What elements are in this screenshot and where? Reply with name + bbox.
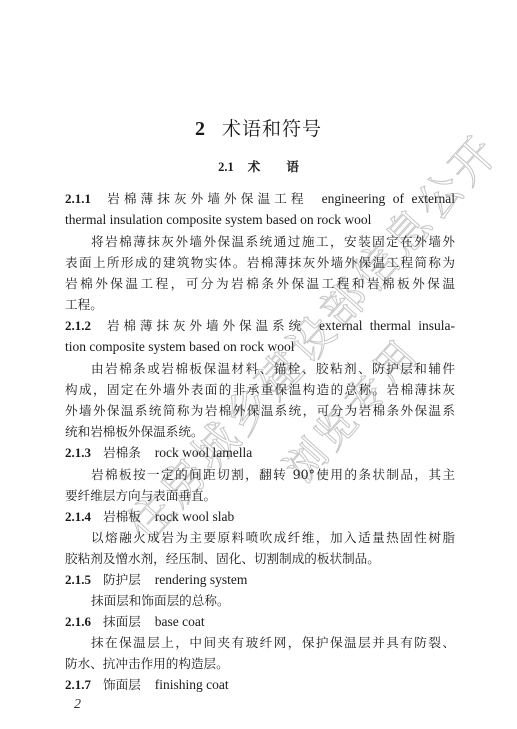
definition-line: 表面上所形成的建筑物实体。岩棉薄抹灰外墙外保温工程简称为 xyxy=(65,252,455,273)
chapter-title: 2术语和符号 xyxy=(0,114,517,141)
section-title-part1: 术 xyxy=(248,159,261,174)
term-english: engineering of external xyxy=(322,191,455,206)
section-number: 2.1 xyxy=(218,160,234,174)
term-english: thermal insulation composite system base… xyxy=(65,212,371,227)
term-number: 2.1.7 xyxy=(65,677,91,692)
term-chinese: 防护层 xyxy=(103,572,141,587)
term-chinese: 饰面层 xyxy=(103,677,141,692)
term-chinese: 岩棉薄抹灰外墙外保温系统 xyxy=(103,318,305,333)
term-english: base coat xyxy=(155,614,205,629)
term-number: 2.1.1 xyxy=(65,191,91,206)
term-chinese: 岩棉条 xyxy=(103,445,141,460)
term-heading-2-1-7: 2.1.7饰面层finishing coat xyxy=(65,674,455,695)
definition-line: 防水、抗冲击作用的构造层。 xyxy=(65,653,455,674)
term-heading-2-1-6: 2.1.6抹面层base coat xyxy=(65,611,455,632)
chapter-title-text: 术语和符号 xyxy=(222,118,322,140)
term-number: 2.1.2 xyxy=(65,318,91,333)
definition-line: 以熔融火成岩为主要原料喷吹成纤维，加入适量热固性树脂 xyxy=(65,527,455,548)
term-chinese: 岩棉板 xyxy=(103,509,141,524)
definition-line: 岩棉板按一定的间距切割，翻转 90°使用的条状制品，其主 xyxy=(65,464,455,485)
term-heading-2-1-1: 2.1.1岩棉薄抹灰外墙外保温工程engineering of external xyxy=(65,188,455,209)
term-english: rendering system xyxy=(155,572,248,587)
term-english: rock wool lamella xyxy=(155,445,252,460)
term-chinese: 岩棉薄抹灰外墙外保温工程 xyxy=(103,191,308,206)
section-title-part2: 语 xyxy=(286,159,299,174)
definition-line: 由岩棉条或岩棉板保温材料、锚栓、胶粘剂、防护层和辅件 xyxy=(65,358,455,379)
definition-line: 统和岩棉板外保温系统。 xyxy=(65,421,455,442)
term-heading-2-1-4: 2.1.4岩棉板rock wool slab xyxy=(65,506,455,527)
term-number: 2.1.5 xyxy=(65,572,91,587)
term-heading-2-1-3: 2.1.3岩棉条rock wool lamella xyxy=(65,442,455,463)
term-number: 2.1.4 xyxy=(65,509,91,524)
definition-line: 将岩棉薄抹灰外墙外保温系统通过施工，安装固定在外墙外 xyxy=(65,231,455,252)
term-heading-2-1-5: 2.1.5防护层rendering system xyxy=(65,569,455,590)
term-heading-2-1-2: 2.1.2岩棉薄抹灰外墙外保温系统external thermal insula… xyxy=(65,315,455,336)
definition-line: 工程。 xyxy=(65,294,455,315)
term-number: 2.1.3 xyxy=(65,445,91,460)
chapter-number: 2 xyxy=(195,118,206,140)
definition-line: 胶粘剂及憎水剂，经压制、固化、切割制成的板状制品。 xyxy=(65,548,455,569)
term-english: rock wool slab xyxy=(155,509,234,524)
term-english: tion composite system based on rock wool xyxy=(65,339,294,354)
term-chinese: 抹面层 xyxy=(103,614,141,629)
page-number: 2 xyxy=(74,697,81,713)
section-title: 2.1术语 xyxy=(0,157,517,175)
definition-line: 岩棉外保温工程，可分为岩棉条外保温工程和岩棉板外保温 xyxy=(65,273,455,294)
definition-line: 抹面层和饰面层的总称。 xyxy=(65,590,455,611)
definition-line: 要纤维层方向与表面垂直。 xyxy=(65,485,455,506)
term-english-cont: tion composite system based on rock wool xyxy=(65,336,455,357)
definition-line: 构成，固定在外墙外表面的非承重保温构造的总称。岩棉薄抹灰 xyxy=(65,379,455,400)
term-english-cont: thermal insulation composite system base… xyxy=(65,209,455,230)
document-page: 2术语和符号 2.1术语 2.1.1岩棉薄抹灰外墙外保温工程engineerin… xyxy=(0,0,517,729)
term-english: external thermal insula- xyxy=(319,318,455,333)
term-number: 2.1.6 xyxy=(65,614,91,629)
definition-line: 外墙外保温系统简称为岩棉外保温系统，可分为岩棉条外保温系 xyxy=(65,400,455,421)
term-english: finishing coat xyxy=(155,677,229,692)
definition-line: 抹在保温层上，中间夹有玻纤网，保护保温层并具有防裂、 xyxy=(65,632,455,653)
